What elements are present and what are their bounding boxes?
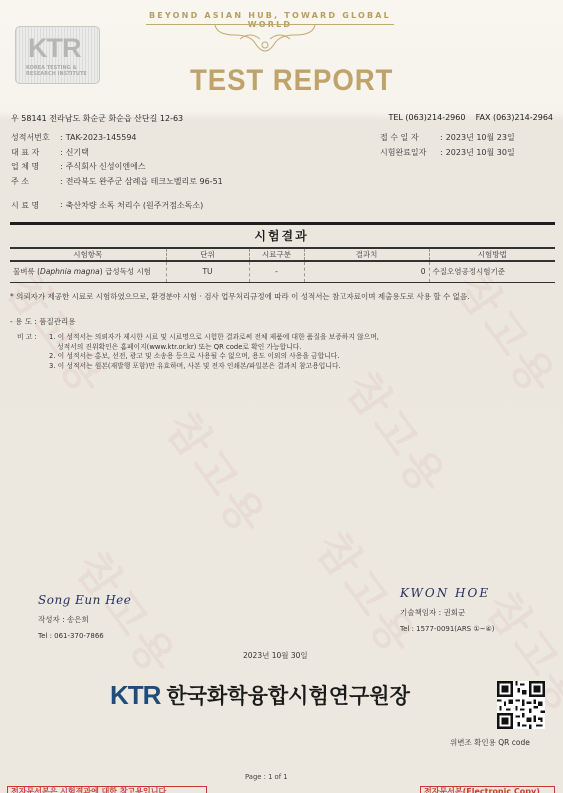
table-row: 물벼룩 (Daphnia magna) 급성독성 시험 TU - 0 수질오염공… <box>10 261 555 282</box>
approver-signature: KWON HOE <box>400 586 495 600</box>
column-header: 시료구분 <box>249 249 304 261</box>
report-title: TEST REPORT <box>190 64 393 98</box>
report-number-row: 성적서번호: TAK-2023-145594 <box>11 131 223 146</box>
test-item: 물벼룩 (Daphnia magna) 급성독성 시험 <box>10 261 166 282</box>
electronic-copy-stamp: 전자문서본(Electronic Copy) <box>420 786 555 793</box>
company-row: 업 체 명: 주식회사 신성이엔에스 <box>11 160 223 175</box>
lab-fax: FAX (063)214-2964 <box>476 113 553 122</box>
unit: TU <box>166 261 249 282</box>
lab-address: 우 58141 전라남도 화순군 화순읍 산단길 12-63 <box>11 113 183 124</box>
remark-item: 성적서의 진위확인은 홈페이지(www.ktr.or.kr) 또는 QR cod… <box>49 343 379 353</box>
usage-row: - 용 도 : 품질관리용 <box>10 316 76 327</box>
lab-contact: TEL (063)214-2960 FAX (063)214-2964 <box>388 113 553 122</box>
report-number: TAK-2023-145594 <box>66 131 137 146</box>
column-header: 시험방법 <box>429 249 555 261</box>
representative-row: 대 표 자: 신기택 <box>11 146 223 161</box>
approver-name: 기술책임자 : 권회군 <box>400 607 495 618</box>
remark-item: 2. 이 성적서는 홍보, 선전, 광고 및 소송용 등으로 사용될 수 없으며… <box>49 352 379 362</box>
approver-tel: Tel : 1577-0091(ARS ①~④) <box>400 625 495 633</box>
remark-item: 3. 이 성적서는 원본(재발행 포함)만 유효하며, 사본 및 전자 인쇄본/… <box>49 362 379 372</box>
ornament-icon <box>205 25 325 55</box>
writer-name: 작성자 : 송은희 <box>38 614 131 625</box>
column-header: 단위 <box>166 249 249 261</box>
column-header: 시험항목 <box>10 249 166 261</box>
test-report-page: 참고용 참고용 참고용 참고용 참고용 참고용 참고용 BEYOND ASIAN… <box>0 0 563 793</box>
results-table: 시험항목 단위 시료구분 결과치 시험방법 물벼룩 (Daphnia magna… <box>10 249 555 283</box>
results-title: 시험결과 <box>0 227 563 244</box>
writer-signature: Song Eun Hee <box>38 593 131 607</box>
watermark: 참고용 <box>334 357 466 508</box>
results-header-row: 시험항목 단위 시료구분 결과치 시험방법 <box>10 249 555 261</box>
usage-value: 품질관리용 <box>39 317 75 326</box>
ktr-watermark-logo: KTR KOREA TESTING & RESEARCH INSTITUTE <box>15 26 100 84</box>
reference-copy-stamp: 전자문서본은 시험결과에 대한 참고용입니다 <box>7 786 207 793</box>
watermark: 참고용 <box>154 397 286 548</box>
received-date: 2023년 10월 23일 <box>446 131 515 146</box>
organization-name: 한국화학융합시험연구원장 <box>166 680 409 710</box>
company-address-row: 주 소: 전라북도 완주군 삼례읍 테크노벨리로 96-51 <box>11 175 223 190</box>
report-header: BEYOND ASIAN HUB, TOWARD GLOBAL WORLD KT… <box>0 0 563 112</box>
test-method: 수질오염공정시험기준 <box>429 261 555 282</box>
company-address: 전라북도 완주군 삼례읍 테크노벨리로 96-51 <box>66 175 223 190</box>
sample-name: 축산차량 소독 처리수 (원주거점소독소) <box>66 200 204 211</box>
page-number: Page : 1 of 1 <box>245 773 288 781</box>
issuing-organization: KTR 한국화학융합시험연구원장 <box>110 680 410 710</box>
ktr-logo: KTR <box>110 682 160 708</box>
completed-date-row: 시험완료일자: 2023년 10월 30일 <box>380 146 515 161</box>
remarks: 비 고 : 1. 이 성적서는 의뢰자가 제시한 시료 및 시료명으로 시험한 … <box>17 333 379 371</box>
date-info: 접 수 일 자: 2023년 10월 23일 시험완료일자: 2023년 10월… <box>380 131 515 160</box>
lab-tel: TEL (063)214-2960 <box>388 113 465 122</box>
sample-name-row: 시 료 명: 축산차량 소독 처리수 (원주거점소독소) <box>11 200 203 211</box>
approver-signature-block: KWON HOE 기술책임자 : 권회군 Tel : 1577-0091(ARS… <box>400 586 495 633</box>
column-header: 결과치 <box>304 249 429 261</box>
disclaimer-note: * 의뢰자가 제공한 시료로 시험하였으므로, 환경분야 시험 · 검사 업무처… <box>10 292 555 301</box>
qr-code-icon[interactable] <box>497 681 545 729</box>
completed-date: 2023년 10월 30일 <box>446 146 515 161</box>
remark-item: 1. 이 성적서는 의뢰자가 제시한 시료 및 시료명으로 시험한 결과로써 전… <box>49 333 379 343</box>
company-name: 주식회사 신성이엔에스 <box>66 160 146 175</box>
client-info: 성적서번호: TAK-2023-145594 대 표 자: 신기택 업 체 명:… <box>11 131 223 189</box>
divider <box>10 222 555 225</box>
issue-date: 2023년 10월 30일 <box>243 650 308 661</box>
qr-caption: 위변조 확인용 QR code <box>450 737 530 748</box>
writer-tel: Tel : 061-370-7866 <box>38 632 131 640</box>
sample-type: - <box>249 261 304 282</box>
representative: 신기택 <box>66 146 89 161</box>
received-date-row: 접 수 일 자: 2023년 10월 23일 <box>380 131 515 146</box>
writer-signature-block: Song Eun Hee 작성자 : 송은희 Tel : 061-370-786… <box>38 593 131 640</box>
result-value: 0 <box>304 261 429 282</box>
